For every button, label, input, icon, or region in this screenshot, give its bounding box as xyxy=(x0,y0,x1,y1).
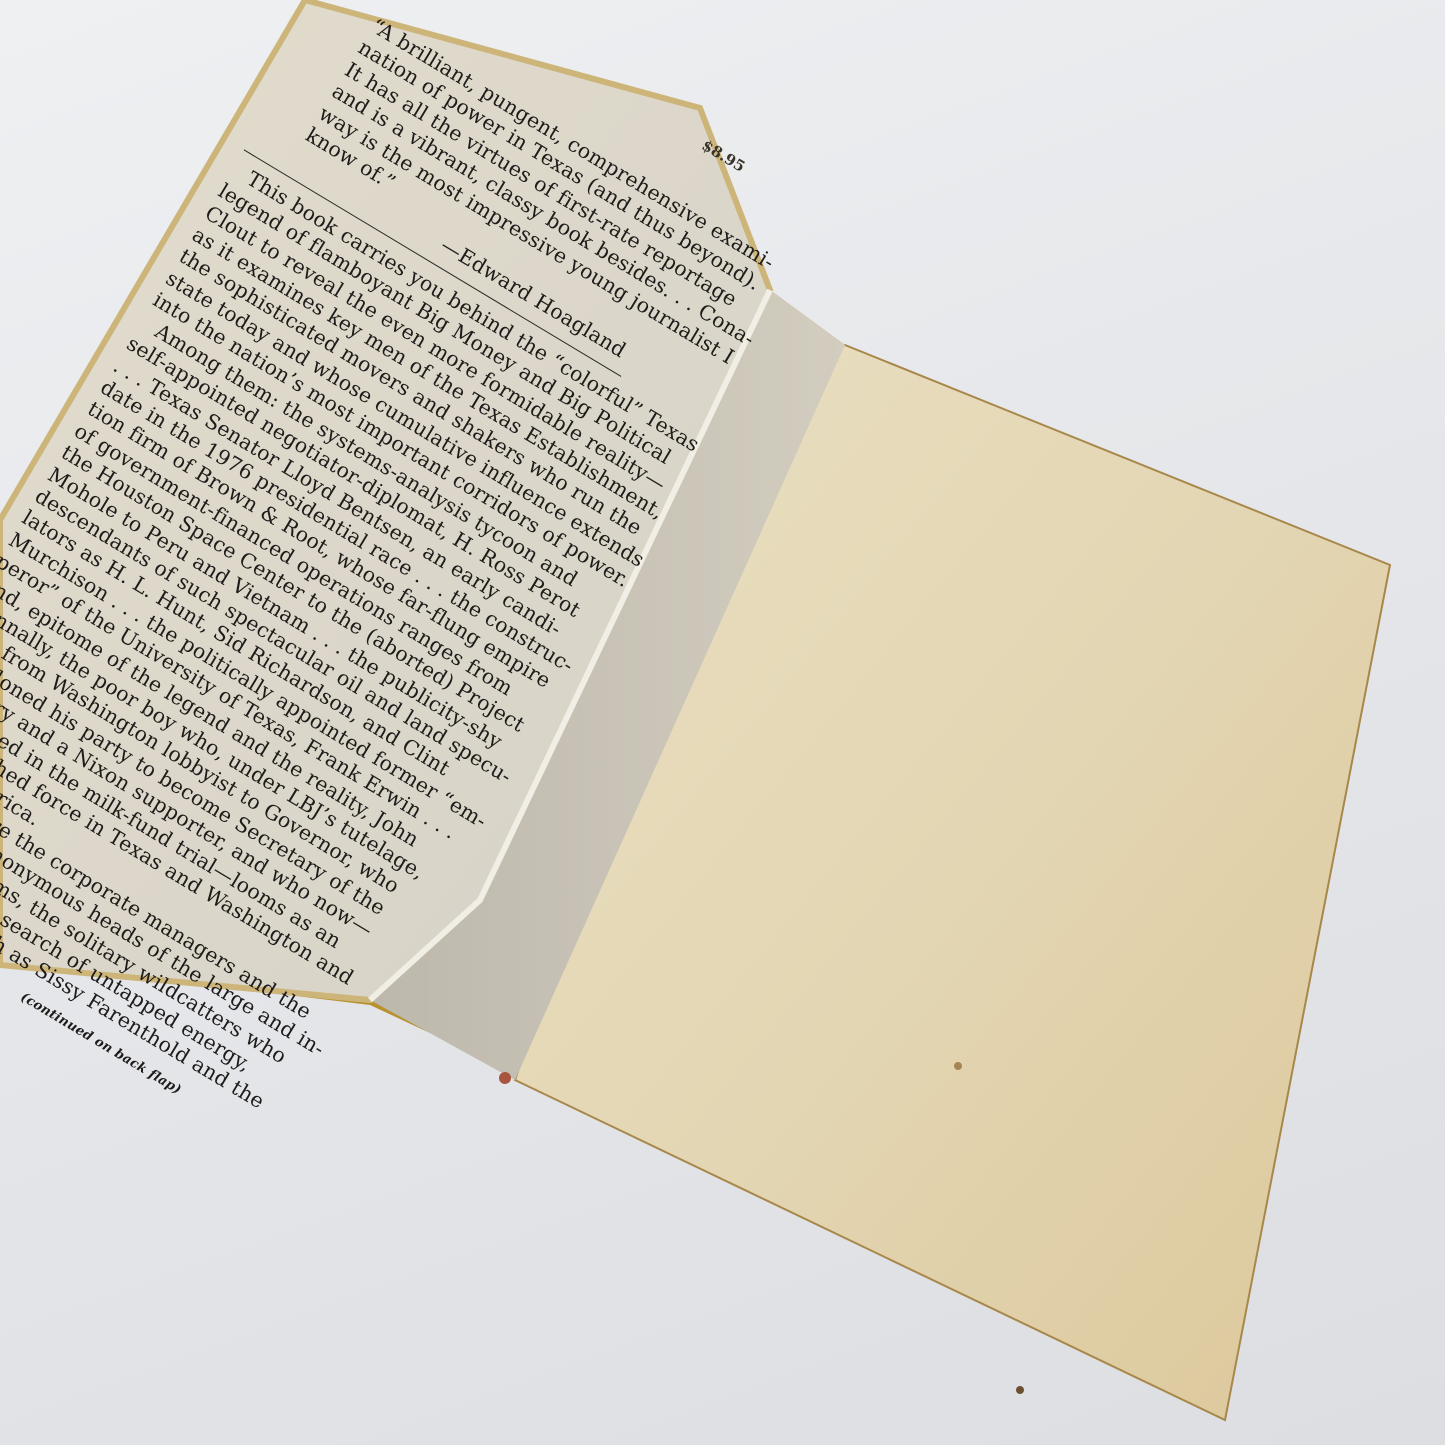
spine-wear-mark xyxy=(499,1072,511,1084)
foxing-spot xyxy=(954,1062,962,1070)
foxing-spot xyxy=(1016,1386,1024,1394)
photo-scene: $8.95 “A brilliant, pungent, comprehensi… xyxy=(0,0,1445,1445)
